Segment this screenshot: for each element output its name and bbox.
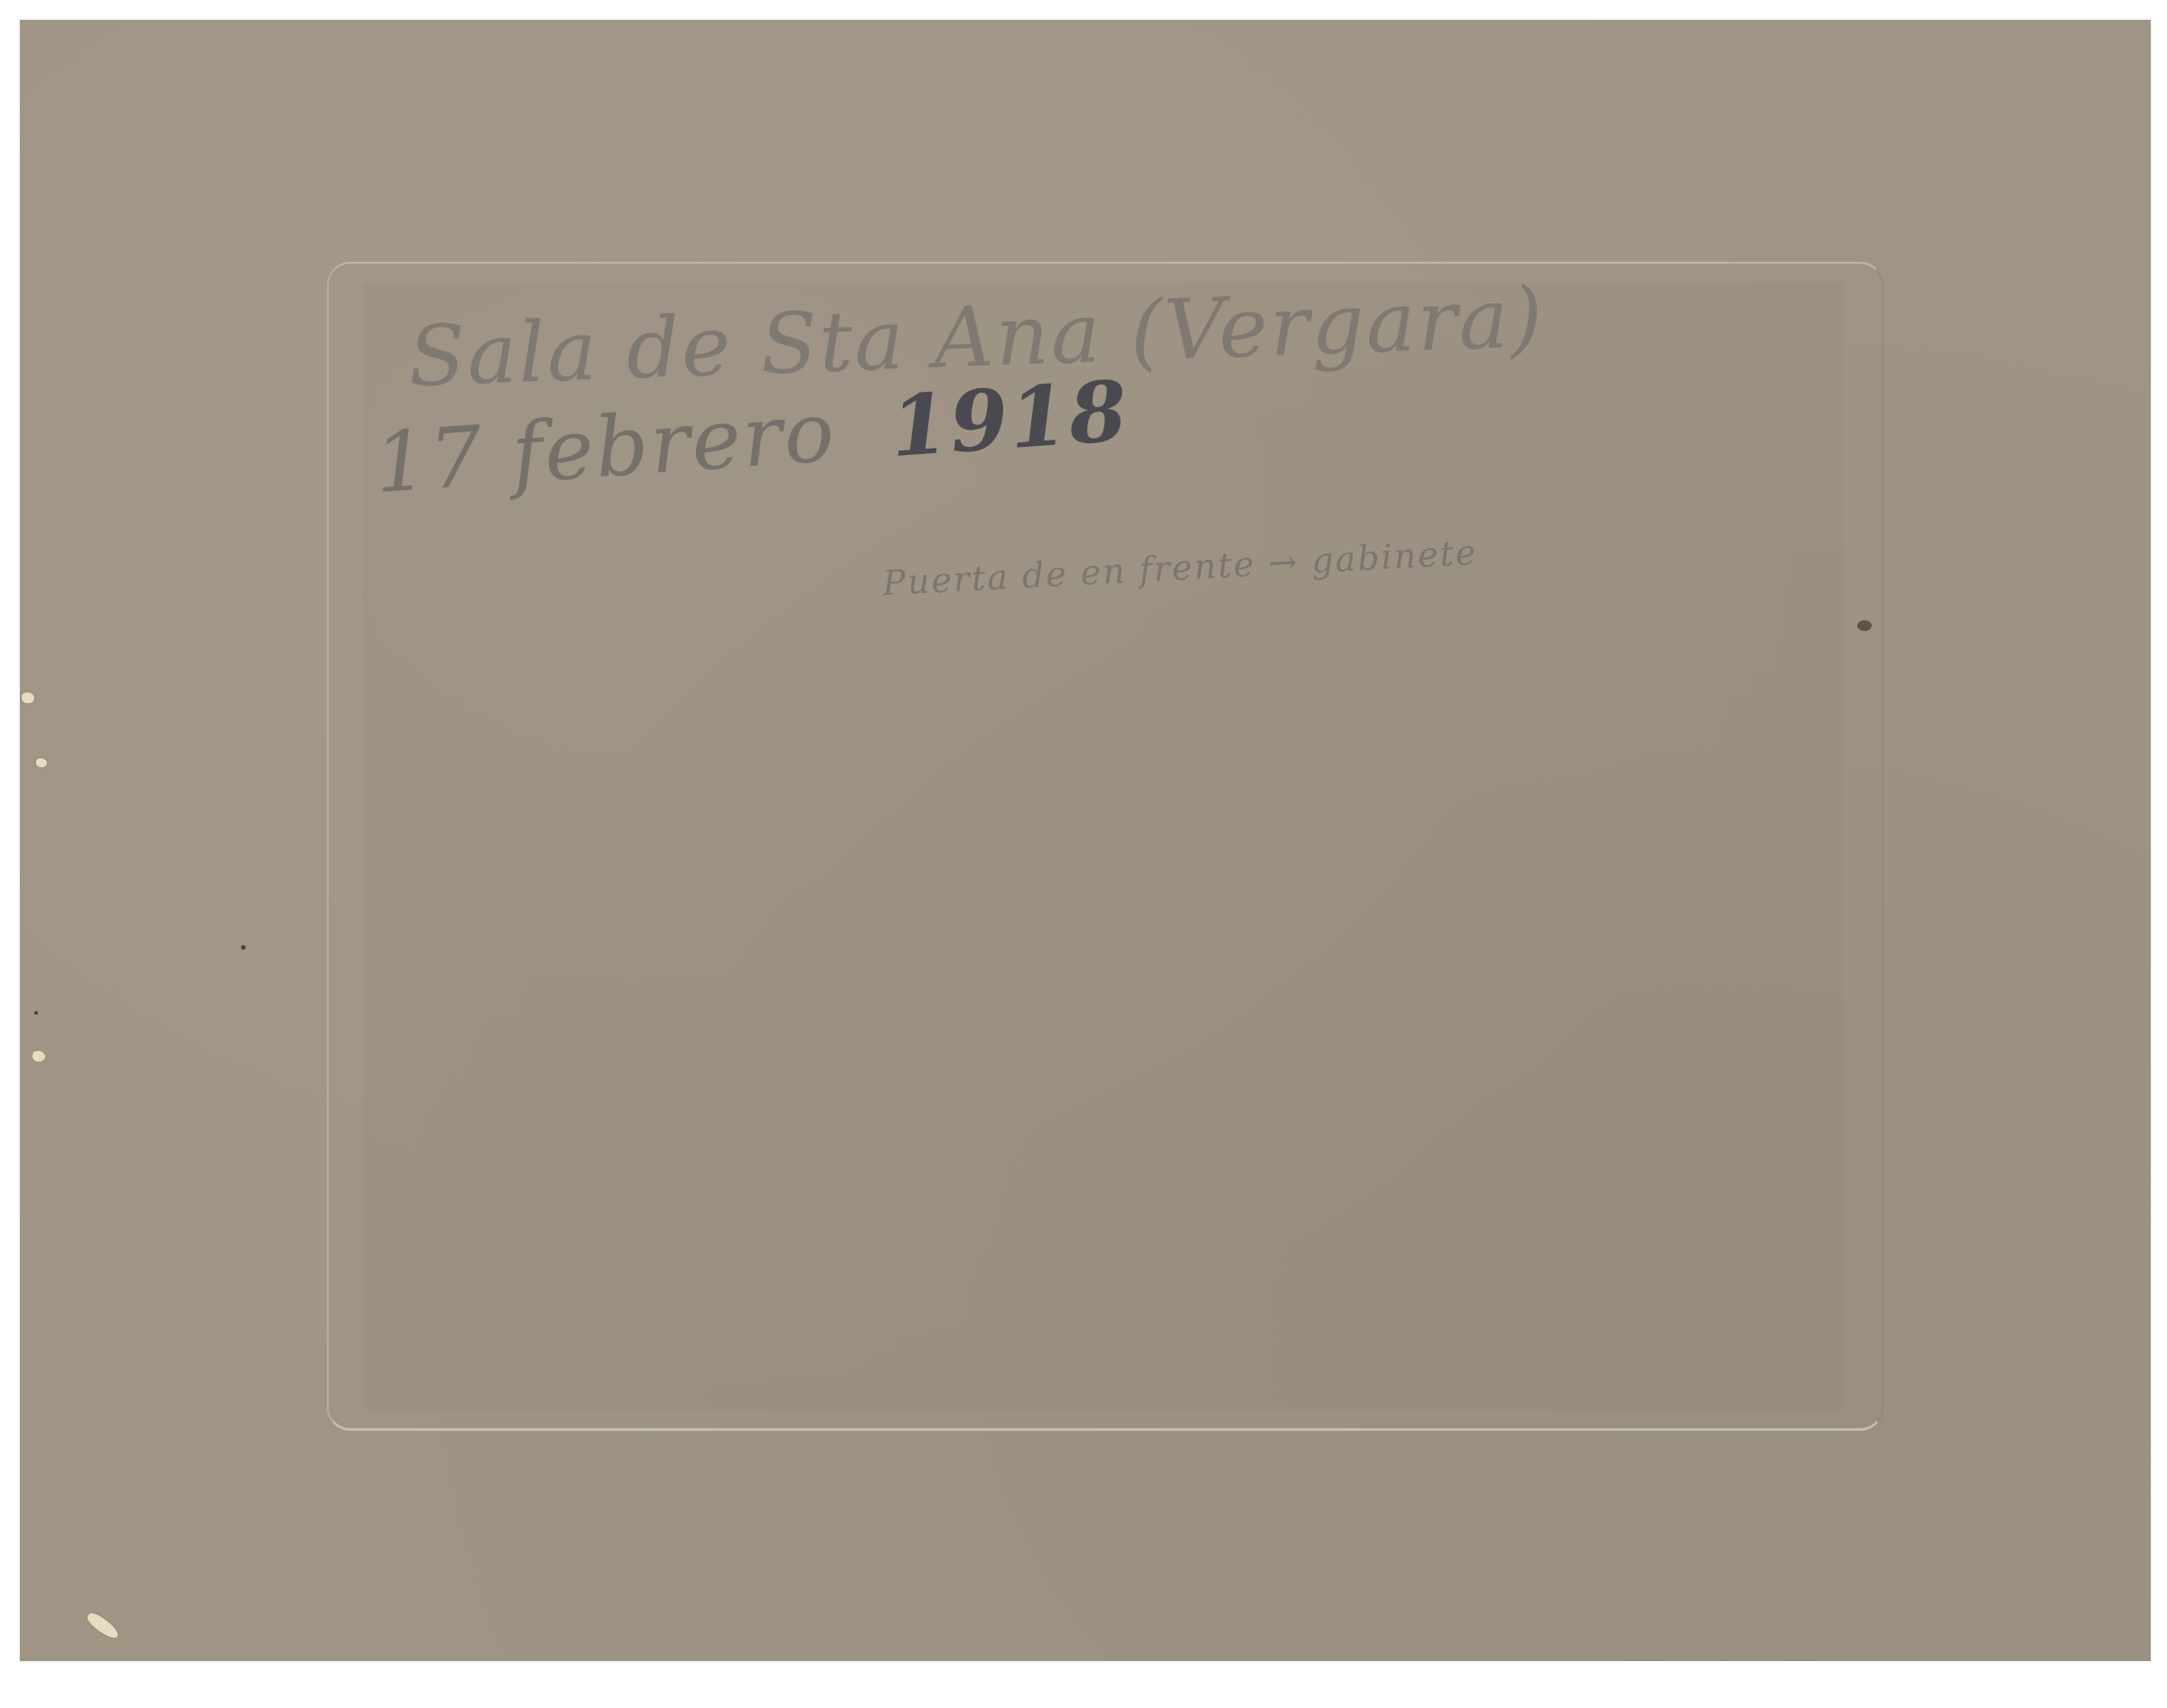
paper-tear xyxy=(33,1051,45,1062)
stain-spot xyxy=(1857,620,1872,631)
paper-tear xyxy=(36,758,47,767)
date-year: 1918 xyxy=(888,362,1132,476)
stain-spot xyxy=(241,945,246,950)
stain-spot xyxy=(34,1011,38,1015)
paper-sheet: Sala de Sta Ana (Vergara) 17 febrero 191… xyxy=(20,20,2151,1661)
paper-tear xyxy=(85,1611,122,1641)
paper-tear xyxy=(22,692,34,703)
